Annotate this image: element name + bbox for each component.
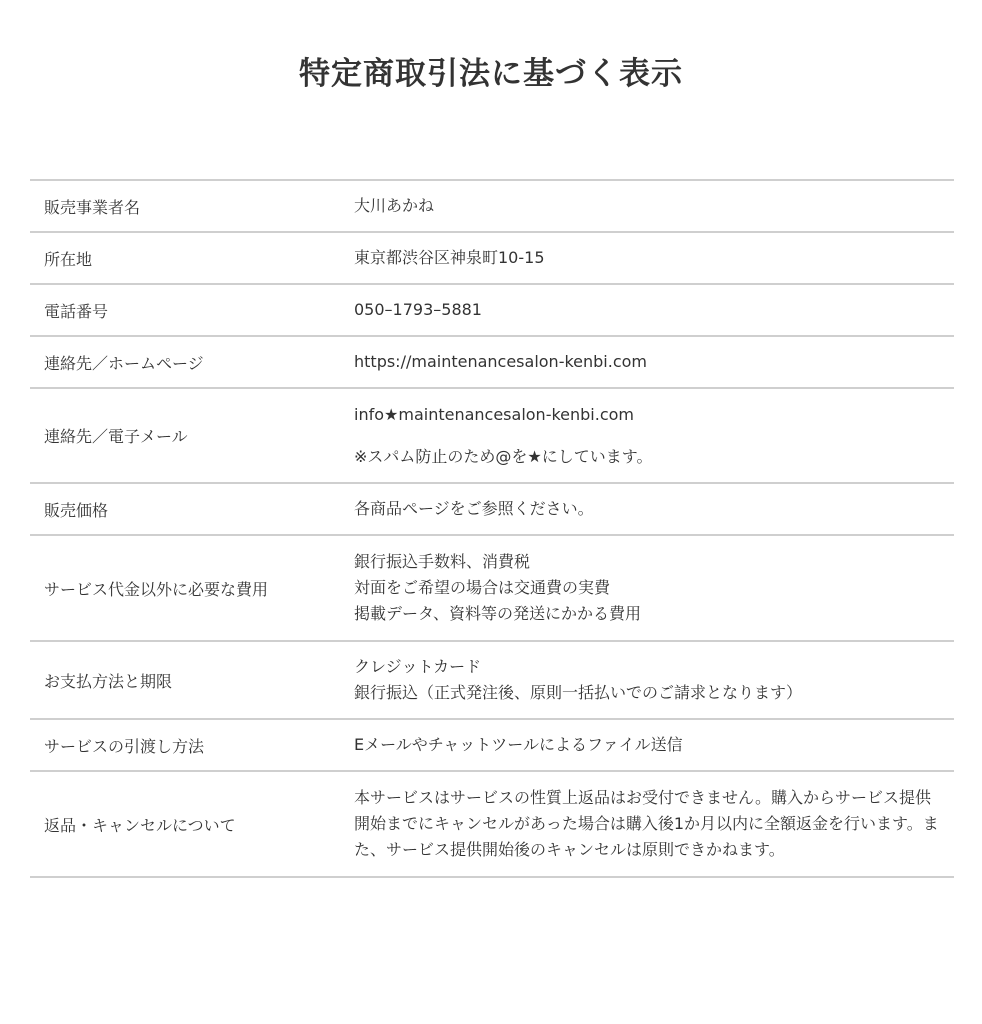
table-row-payment: お支払方法と期限 クレジットカード 銀行振込（正式発注後、原則一括払いでのご請求… <box>30 641 954 719</box>
row-label: サービスの引渡し方法 <box>30 719 354 771</box>
row-label: 所在地 <box>30 232 354 284</box>
fee-line: 銀行振込手数料、消費税 <box>354 549 944 575</box>
table-row-phone: 電話番号 050–1793–5881 <box>30 284 954 336</box>
email-spam-note: ※スパム防止のため@を★にしています。 <box>354 444 944 470</box>
fee-line: 掲載データ、資料等の発送にかかる費用 <box>354 601 944 627</box>
row-value: 銀行振込手数料、消費税 対面をご希望の場合は交通費の実費 掲載データ、資料等の発… <box>354 535 954 641</box>
table-row-seller-name: 販売事業者名 大川あかね <box>30 180 954 232</box>
row-label: お支払方法と期限 <box>30 641 354 719</box>
row-label: 返品・キャンセルについて <box>30 771 354 877</box>
row-label: 電話番号 <box>30 284 354 336</box>
row-value: クレジットカード 銀行振込（正式発注後、原則一括払いでのご請求となります） <box>354 641 954 719</box>
row-value: 大川あかね <box>354 180 954 232</box>
row-label: 販売価格 <box>30 483 354 535</box>
commercial-transactions-table: 販売事業者名 大川あかね 所在地 東京都渋谷区神泉町10-15 電話番号 050… <box>30 179 954 878</box>
row-label: サービス代金以外に必要な費用 <box>30 535 354 641</box>
table-row-price: 販売価格 各商品ページをご参照ください。 <box>30 483 954 535</box>
payment-line: 銀行振込（正式発注後、原則一括払いでのご請求となります） <box>354 680 944 706</box>
homepage-link[interactable]: https://maintenancesalon-kenbi.com <box>354 336 954 388</box>
row-value: 各商品ページをご参照ください。 <box>354 483 954 535</box>
row-value: 東京都渋谷区神泉町10-15 <box>354 232 954 284</box>
page-title: 特定商取引法に基づく表示 <box>0 52 982 96</box>
row-label: 販売事業者名 <box>30 180 354 232</box>
table-row-delivery: サービスの引渡し方法 Eメールやチャットツールによるファイル送信 <box>30 719 954 771</box>
table-row-address: 所在地 東京都渋谷区神泉町10-15 <box>30 232 954 284</box>
row-value: 本サービスはサービスの性質上返品はお受付できません。購入からサービス提供開始まで… <box>354 771 954 877</box>
row-value: 050–1793–5881 <box>354 284 954 336</box>
table-row-email: 連絡先／電子メール info★maintenancesalon-kenbi.co… <box>30 388 954 483</box>
row-value: Eメールやチャットツールによるファイル送信 <box>354 719 954 771</box>
payment-line: クレジットカード <box>354 654 944 680</box>
email-address[interactable]: info★maintenancesalon-kenbi.com <box>354 402 944 428</box>
table-row-homepage: 連絡先／ホームページ https://maintenancesalon-kenb… <box>30 336 954 388</box>
table-row-refund: 返品・キャンセルについて 本サービスはサービスの性質上返品はお受付できません。購… <box>30 771 954 877</box>
table-row-additional-fees: サービス代金以外に必要な費用 銀行振込手数料、消費税 対面をご希望の場合は交通費… <box>30 535 954 641</box>
row-label: 連絡先／ホームページ <box>30 336 354 388</box>
row-value: info★maintenancesalon-kenbi.com ※スパム防止のた… <box>354 388 954 483</box>
row-label: 連絡先／電子メール <box>30 388 354 483</box>
fee-line: 対面をご希望の場合は交通費の実費 <box>354 575 944 601</box>
